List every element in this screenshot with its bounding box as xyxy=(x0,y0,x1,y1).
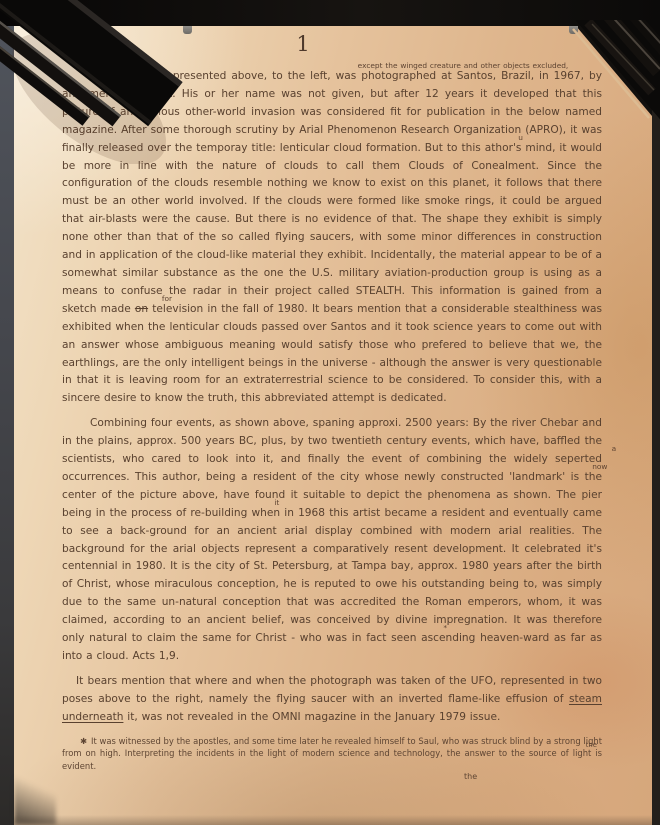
document-page: 1 The pictures represented above, to the… xyxy=(14,26,652,825)
text-run: Combining four events, as shown above, s… xyxy=(62,417,602,465)
footnote-reference-asterisk-text: * xyxy=(415,624,447,632)
text-run: It bears mention that where and when the… xyxy=(62,675,602,705)
footnote-text: It was witnessed by the apostles, and so… xyxy=(62,736,602,759)
bottom-edge-shadow xyxy=(14,815,652,825)
inserted-correction-text: it xyxy=(246,499,279,507)
text-run: television in the fall of 1980. It bears… xyxy=(62,303,602,405)
backing-board-right-edge xyxy=(652,0,660,825)
photograph-scene: 1 The pictures represented above, to the… xyxy=(0,0,660,825)
text-run: it, was not revealed in the OMNI magazin… xyxy=(123,711,500,723)
inserted-correction-text: the xyxy=(568,741,597,749)
paragraph-2: Combining four events, as shown above, s… xyxy=(62,415,602,666)
paragraph-3: It bears mention that where and when the… xyxy=(62,673,602,727)
inserted-correction-text: now xyxy=(564,463,607,471)
paragraph-1: The pictures represented above, to the l… xyxy=(62,68,602,408)
inserted-annotation-text: except the winged creature and other obj… xyxy=(330,62,569,70)
inserted-correction-text: for xyxy=(134,295,172,303)
inserted-correction-text: u xyxy=(490,134,523,142)
backing-board-left-edge xyxy=(0,0,14,825)
text-run: The pictures represented above, to the l… xyxy=(90,70,331,82)
footnote-marker: ✱ xyxy=(80,736,91,746)
page-number: 1 xyxy=(62,32,602,62)
text-run: thor's mind, it would be more in line wi… xyxy=(62,142,602,315)
stray-word: the xyxy=(464,772,602,782)
struck-word: on xyxy=(135,303,148,315)
inserted-correction-text: a xyxy=(584,445,617,453)
page-content: 1 The pictures represented above, to the… xyxy=(14,26,652,782)
text-run: when in 1968 this artist became a reside… xyxy=(62,507,602,644)
backing-board-top-bar xyxy=(0,0,660,26)
footnote: ✱It was witnessed by the apostles, and s… xyxy=(62,735,602,773)
